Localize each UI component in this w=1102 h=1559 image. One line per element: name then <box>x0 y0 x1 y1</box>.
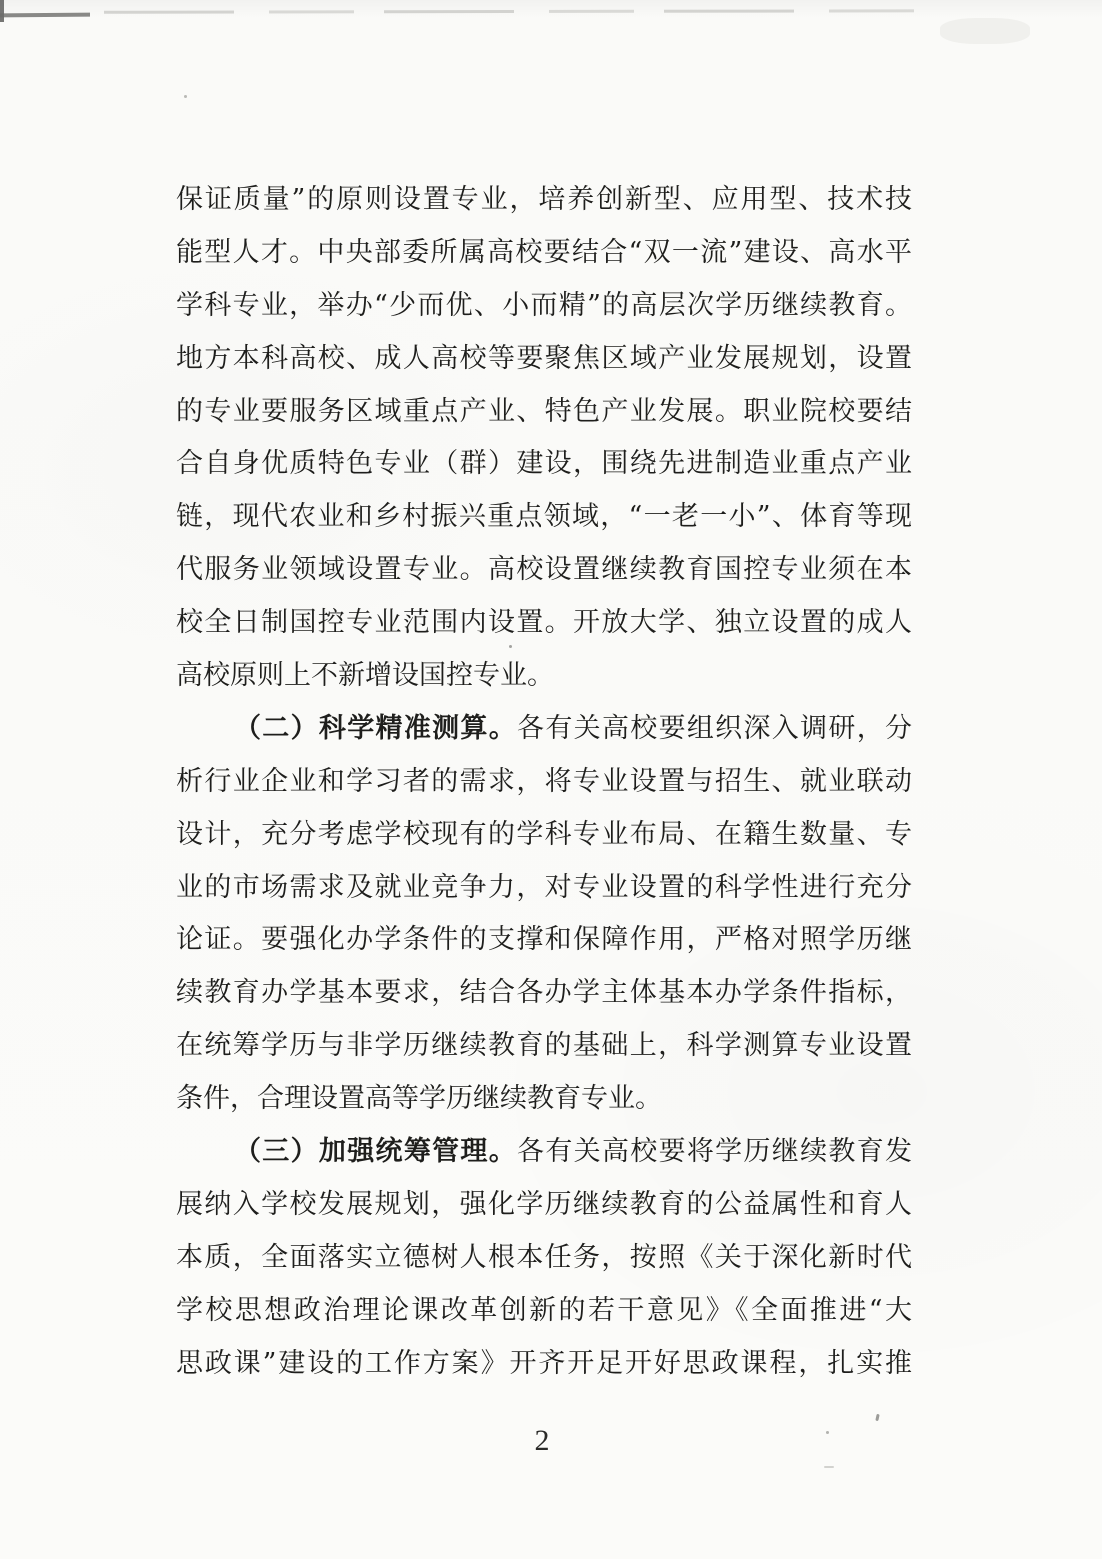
text-line: （二）科学精准测算。各有关高校要组织深入调研，分 <box>176 703 912 756</box>
scan-blotch <box>940 18 1030 44</box>
text-line: 展纳入学校发展规划，强化学历继续教育的公益属性和育人 <box>176 1179 912 1232</box>
text-line: 地方本科高校、成人高校等要聚焦区域产业发展规划，设置 <box>176 333 912 386</box>
body-text: 各有关高校要组织深入调研，分 <box>517 713 912 744</box>
body-text: 能型人才。中央部委所属高校要结合“双一流”建设、高水平 <box>176 237 912 268</box>
body-text: 的专业要服务区域重点产业、特色产业发展。职业院校要结 <box>176 396 912 427</box>
section-heading: （三）加强统筹管理。 <box>234 1136 517 1167</box>
section-heading: （二）科学精准测算。 <box>234 713 517 744</box>
scan-edge-artifact <box>0 13 90 18</box>
scanned-document-page: { "page": { "number": "2" }, "document":… <box>0 0 1102 1559</box>
text-line: 的专业要服务区域重点产业、特色产业发展。职业院校要结 <box>176 386 912 439</box>
text-line: 合自身优质特色专业（群）建设，围绕先进制造业重点产业 <box>176 438 912 491</box>
text-line: 学校思想政治理论课改革创新的若干意见》《全面推进“大 <box>176 1285 912 1338</box>
scan-edge-artifact <box>104 9 940 13</box>
body-text: 论证。要强化办学条件的支撑和保障作用，严格对照学历继 <box>176 924 912 955</box>
body-text: 析行业企业和学习者的需求，将专业设置与招生、就业联动 <box>176 766 912 797</box>
text-line: 能型人才。中央部委所属高校要结合“双一流”建设、高水平 <box>176 227 912 280</box>
text-line: 续教育办学基本要求，结合各办学主体基本办学条件指标， <box>176 967 912 1020</box>
body-text: 展纳入学校发展规划，强化学历继续教育的公益属性和育人 <box>176 1189 912 1220</box>
text-line: 析行业企业和学习者的需求，将专业设置与招生、就业联动 <box>176 756 912 809</box>
body-text: 各有关高校要将学历继续教育发 <box>517 1136 912 1167</box>
body-text: 条件，合理设置高等学历继续教育专业。 <box>176 1083 662 1114</box>
body-text: 地方本科高校、成人高校等要聚焦区域产业发展规划，设置 <box>176 343 912 374</box>
body-text: 设计，充分考虑学校现有的学科专业布局、在籍生数量、专 <box>176 819 912 850</box>
text-line: 链，现代农业和乡村振兴重点领域，“一老一小”、体育等现 <box>176 491 912 544</box>
body-text: 高校原则上不新增设国控专业。 <box>176 660 554 691</box>
text-line: 学科专业，举办“少而优、小而精”的高层次学历继续教育。 <box>176 280 912 333</box>
text-line: 代服务业领域设置专业。高校设置继续教育国控专业须在本 <box>176 544 912 597</box>
scan-edge-artifact <box>0 0 4 22</box>
text-line: 校全日制国控专业范围内设置。开放大学、独立设置的成人 <box>176 597 912 650</box>
text-line: 设计，充分考虑学校现有的学科专业布局、在籍生数量、专 <box>176 809 912 862</box>
text-line: 保证质量”的原则设置专业，培养创新型、应用型、技术技 <box>176 174 912 227</box>
body-text: 学科专业，举办“少而优、小而精”的高层次学历继续教育。 <box>176 290 912 321</box>
scan-speck <box>824 1466 834 1468</box>
text-line: （三）加强统筹管理。各有关高校要将学历继续教育发 <box>176 1126 912 1179</box>
body-text: 校全日制国控专业范围内设置。开放大学、独立设置的成人 <box>176 607 912 638</box>
text-line: 论证。要强化办学条件的支撑和保障作用，严格对照学历继 <box>176 914 912 967</box>
body-text: 业的市场需求及就业竞争力，对专业设置的科学性进行充分 <box>176 872 912 903</box>
scan-speck <box>184 95 187 98</box>
text-line: 业的市场需求及就业竞争力，对专业设置的科学性进行充分 <box>176 862 912 915</box>
scan-speck <box>875 1414 879 1421</box>
body-text: 链，现代农业和乡村振兴重点领域，“一老一小”、体育等现 <box>176 501 912 532</box>
page-surface: 保证质量”的原则设置专业，培养创新型、应用型、技术技能型人才。中央部委所属高校要… <box>0 0 1102 1559</box>
body-text: 学校思想政治理论课改革创新的若干意见》《全面推进“大 <box>176 1295 912 1326</box>
body-text: 本质，全面落实立德树人根本任务，按照《关于深化新时代 <box>176 1242 912 1273</box>
body-text: 续教育办学基本要求，结合各办学主体基本办学条件指标， <box>176 977 912 1008</box>
text-line: 条件，合理设置高等学历继续教育专业。 <box>176 1073 912 1126</box>
text-line: 在统筹学历与非学历继续教育的基础上，科学测算专业设置 <box>176 1020 912 1073</box>
body-text: 代服务业领域设置专业。高校设置继续教育国控专业须在本 <box>176 554 912 585</box>
body-text: 合自身优质特色专业（群）建设，围绕先进制造业重点产业 <box>176 448 912 479</box>
text-line: 高校原则上不新增设国控专业。 <box>176 650 912 703</box>
page-number: 2 <box>0 1424 1084 1458</box>
text-line: 思政课”建设的工作方案》开齐开足开好思政课程，扎实推 <box>176 1338 912 1391</box>
body-text: 思政课”建设的工作方案》开齐开足开好思政课程，扎实推 <box>176 1348 912 1379</box>
text-line: 本质，全面落实立德树人根本任务，按照《关于深化新时代 <box>176 1232 912 1285</box>
body-text: 保证质量”的原则设置专业，培养创新型、应用型、技术技 <box>176 184 912 215</box>
document-body: 保证质量”的原则设置专业，培养创新型、应用型、技术技能型人才。中央部委所属高校要… <box>176 174 912 1390</box>
body-text: 在统筹学历与非学历继续教育的基础上，科学测算专业设置 <box>176 1030 912 1061</box>
